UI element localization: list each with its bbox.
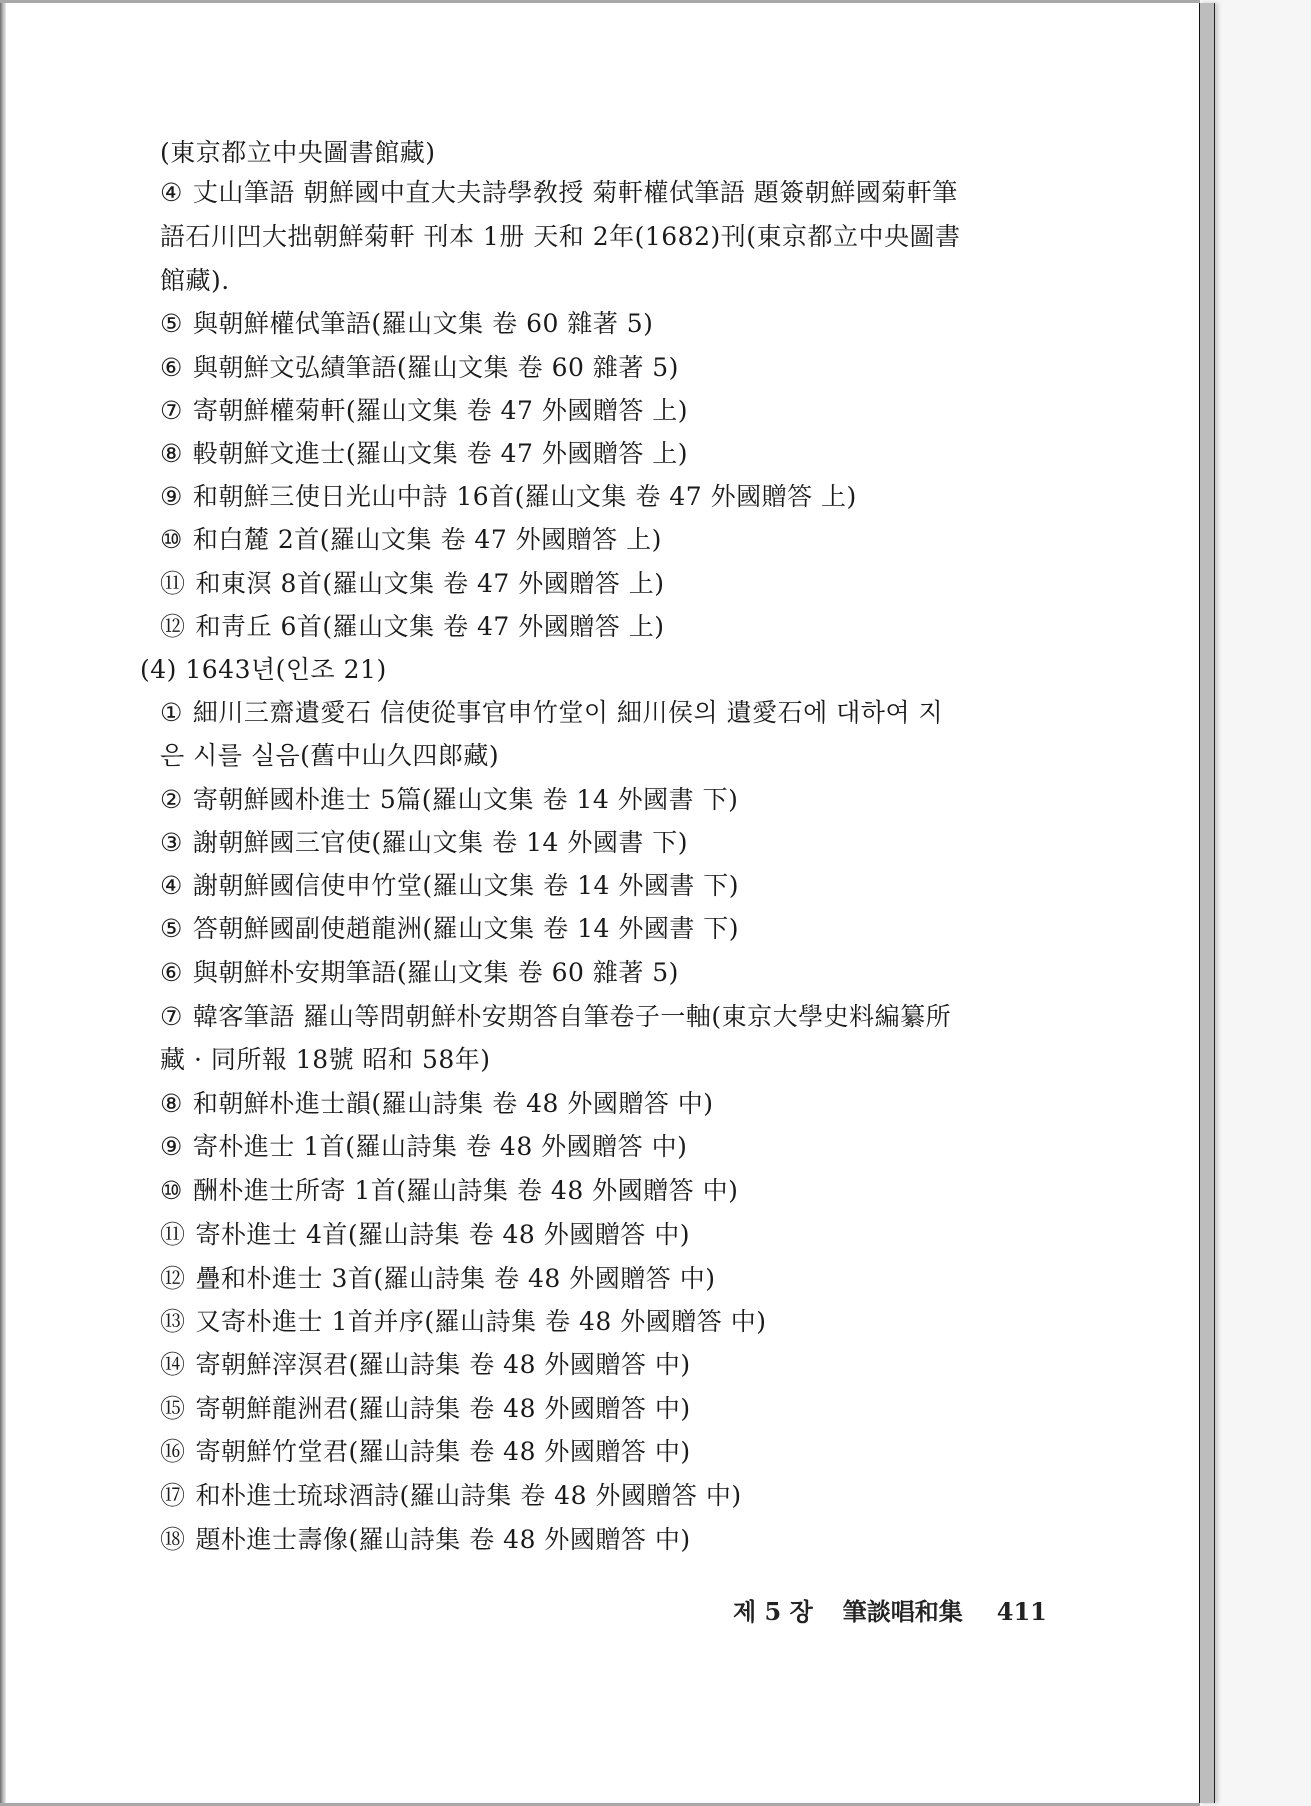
item-text: 寄朴進士 1首(羅山詩集 卷 48 外國贈答 中)	[193, 1132, 687, 1161]
item-number: ⑮	[160, 1394, 186, 1424]
item-text: 和朝鮮三使日光山中詩 16首(羅山文集 卷 47 外國贈答 上)	[193, 482, 857, 511]
list-item: ⑬又寄朴進士 1首并序(羅山詩集 卷 48 外國贈答 中)	[160, 1307, 766, 1337]
item-number: ⑰	[160, 1481, 186, 1511]
item-number: ⑦	[160, 1002, 183, 1032]
item-number: ⑨	[160, 482, 183, 512]
item-number: ⑤	[160, 309, 183, 339]
item-number: ②	[160, 785, 183, 815]
item-text: 謝朝鮮國三官使(羅山文集 卷 14 外國書 下)	[193, 828, 688, 857]
item-number: ⑦	[160, 396, 183, 426]
item-number: ⑯	[160, 1437, 186, 1467]
item-text: 軗朝鮮文進士(羅山文集 卷 47 外國贈答 上)	[193, 439, 688, 468]
item-text: 丈山筆語 朝鮮國中直大夫詩學敎授 菊軒權侙筆語 題簽朝鮮國菊軒筆	[193, 178, 958, 207]
list-item: ⑪寄朴進士 4首(羅山詩集 卷 48 外國贈答 中)	[160, 1220, 690, 1250]
item-text: 和朝鮮朴進士韻(羅山詩集 卷 48 外國贈答 中)	[193, 1089, 714, 1118]
item-number: ③	[160, 828, 183, 858]
item-number: ⑪	[160, 1220, 186, 1250]
item-text: 和靑丘 6首(羅山文集 卷 47 外國贈答 上)	[196, 612, 665, 641]
item-number: ⑥	[160, 353, 183, 383]
item-text: 和東溟 8首(羅山文集 卷 47 外國贈答 上)	[196, 569, 665, 598]
list-item: ②寄朝鮮國朴進士 5篇(羅山文集 卷 14 外國書 下)	[160, 785, 738, 815]
item-number: ⑤	[160, 914, 183, 944]
list-item: ⑫疊和朴進士 3首(羅山詩集 卷 48 外國贈答 中)	[160, 1264, 715, 1294]
item-number: ⑫	[160, 1264, 186, 1294]
list-item: ⑧軗朝鮮文進士(羅山文集 卷 47 外國贈答 上)	[160, 439, 688, 469]
item-text: 酬朴進士所寄 1首(羅山詩集 卷 48 外國贈答 中)	[193, 1176, 738, 1205]
item-number: ④	[160, 871, 183, 901]
list-item: ⑦韓客筆語 羅山等問朝鮮朴安期答自筆卷子一軸(東京大學史料編纂所	[160, 1002, 951, 1032]
item-text: 題朴進士壽像(羅山詩集 卷 48 外國贈答 中)	[196, 1525, 691, 1554]
list-item: ⑨寄朴進士 1首(羅山詩集 卷 48 外國贈答 中)	[160, 1132, 687, 1162]
item-text: 和白麓 2首(羅山文集 卷 47 外國贈答 上)	[193, 525, 662, 554]
item-text: 韓客筆語 羅山等問朝鮮朴安期答自筆卷子一軸(東京大學史料編纂所	[193, 1002, 951, 1031]
item-number: ⑧	[160, 439, 183, 469]
text-line-continuation: 語石川凹大拙朝鮮菊軒 刊本 1册 天和 2年(1682)刊(東京都立中央圖書	[160, 222, 960, 252]
text-line-continuation: 館藏).	[160, 266, 230, 296]
item-number: ⑪	[160, 569, 186, 599]
list-item: ⑮寄朝鮮龍洲君(羅山詩集 卷 48 外國贈答 中)	[160, 1394, 691, 1424]
list-item: ④謝朝鮮國信使申竹堂(羅山文集 卷 14 外國書 下)	[160, 871, 739, 901]
item-number: ⑭	[160, 1350, 186, 1380]
item-text: 寄朝鮮竹堂君(羅山詩集 卷 48 外國贈答 中)	[196, 1437, 691, 1466]
list-item: ⑪和東溟 8首(羅山文集 卷 47 外國贈答 上)	[160, 569, 664, 599]
item-number: ④	[160, 178, 183, 208]
item-text: 謝朝鮮國信使申竹堂(羅山文集 卷 14 外國書 下)	[193, 871, 739, 900]
list-item: ⑧和朝鮮朴進士韻(羅山詩集 卷 48 外國贈答 中)	[160, 1089, 714, 1119]
list-item: ⑩酬朴進士所寄 1首(羅山詩集 卷 48 外國贈答 中)	[160, 1176, 738, 1206]
page-footer: 제 5 장筆談唱和集411	[733, 1592, 1047, 1627]
item-text: 與朝鮮朴安期筆語(羅山文集 卷 60 雜著 5)	[193, 958, 679, 987]
list-item: ④丈山筆語 朝鮮國中直大夫詩學敎授 菊軒權侙筆語 題簽朝鮮國菊軒筆	[160, 178, 958, 208]
item-text: 寄朝鮮滓溟君(羅山詩集 卷 48 外國贈答 中)	[196, 1350, 691, 1379]
item-number: ①	[160, 698, 183, 728]
list-item: ⑦寄朝鮮權菊軒(羅山文集 卷 47 外國贈答 上)	[160, 396, 688, 426]
chapter-title: 筆談唱和集	[843, 1597, 963, 1626]
list-item: ⑩和白麓 2首(羅山文集 卷 47 外國贈答 上)	[160, 525, 662, 555]
list-item: ⑥與朝鮮朴安期筆語(羅山文集 卷 60 雜著 5)	[160, 958, 679, 988]
item-number: ⑥	[160, 958, 183, 988]
item-text: 寄朴進士 4首(羅山詩集 卷 48 外國贈答 中)	[196, 1220, 690, 1249]
item-number: ⑫	[160, 612, 186, 642]
list-item: ⑥與朝鮮文弘績筆語(羅山文集 卷 60 雜著 5)	[160, 353, 679, 383]
list-item: ⑨和朝鮮三使日光山中詩 16首(羅山文集 卷 47 外國贈答 上)	[160, 482, 857, 512]
item-number: ⑬	[160, 1307, 186, 1337]
item-number: ⑱	[160, 1525, 186, 1555]
list-item: ⑯寄朝鮮竹堂君(羅山詩集 卷 48 外國贈答 中)	[160, 1437, 691, 1467]
item-text: 寄朝鮮國朴進士 5篇(羅山文集 卷 14 外國書 下)	[193, 785, 738, 814]
text-line-continuation: 藏 · 同所報 18號 昭和 58年)	[160, 1045, 491, 1075]
list-item: ⑱題朴進士壽像(羅山詩集 卷 48 外國贈答 中)	[160, 1525, 691, 1555]
item-text: 答朝鮮國副使趙龍洲(羅山文集 卷 14 外國書 下)	[193, 914, 739, 943]
item-text: 細川三齋遺愛石 信使從事官申竹堂이 細川侯의 遺愛石에 대하여 지	[193, 698, 943, 727]
item-text: 又寄朴進士 1首并序(羅山詩集 卷 48 外國贈答 中)	[196, 1307, 767, 1336]
list-item: ⑤與朝鮮權侙筆語(羅山文集 卷 60 雜著 5)	[160, 309, 653, 339]
list-item: ⑤答朝鮮國副使趙龍洲(羅山文集 卷 14 外國書 下)	[160, 914, 739, 944]
list-item: ③謝朝鮮國三官使(羅山文集 卷 14 外國書 下)	[160, 828, 688, 858]
text-line-continuation: 은 시를 실음(舊中山久四郞藏)	[160, 741, 499, 771]
item-number: ⑧	[160, 1089, 183, 1119]
item-text: 和朴進士琉球酒詩(羅山詩集 卷 48 外國贈答 中)	[196, 1481, 742, 1510]
text-line: (東京都立中央圖書館藏)	[160, 138, 436, 168]
list-item: ⑫和靑丘 6首(羅山文集 卷 47 外國贈答 上)	[160, 612, 664, 642]
item-text: 疊和朴進士 3首(羅山詩集 卷 48 外國贈答 中)	[196, 1264, 716, 1293]
page-content: (東京都立中央圖書館藏) ④丈山筆語 朝鮮國中直大夫詩學敎授 菊軒權侙筆語 題簽…	[0, 0, 1311, 1806]
list-item: ⑭寄朝鮮滓溟君(羅山詩集 卷 48 外國贈答 中)	[160, 1350, 691, 1380]
chapter-label: 제 5 장	[733, 1597, 813, 1626]
page-number: 411	[997, 1597, 1047, 1626]
item-text: 寄朝鮮龍洲君(羅山詩集 卷 48 外國贈答 中)	[196, 1394, 691, 1423]
item-number: ⑩	[160, 1176, 183, 1206]
item-text: 寄朝鮮權菊軒(羅山文集 卷 47 外國贈答 上)	[193, 396, 688, 425]
section-heading: (4) 1643년(인조 21)	[140, 655, 387, 685]
item-number: ⑨	[160, 1132, 183, 1162]
item-text: 與朝鮮權侙筆語(羅山文集 卷 60 雜著 5)	[193, 309, 654, 338]
list-item: ①細川三齋遺愛石 信使從事官申竹堂이 細川侯의 遺愛石에 대하여 지	[160, 698, 943, 728]
item-text: 與朝鮮文弘績筆語(羅山文集 卷 60 雜著 5)	[193, 353, 679, 382]
item-number: ⑩	[160, 525, 183, 555]
list-item: ⑰和朴進士琉球酒詩(羅山詩集 卷 48 外國贈答 中)	[160, 1481, 742, 1511]
